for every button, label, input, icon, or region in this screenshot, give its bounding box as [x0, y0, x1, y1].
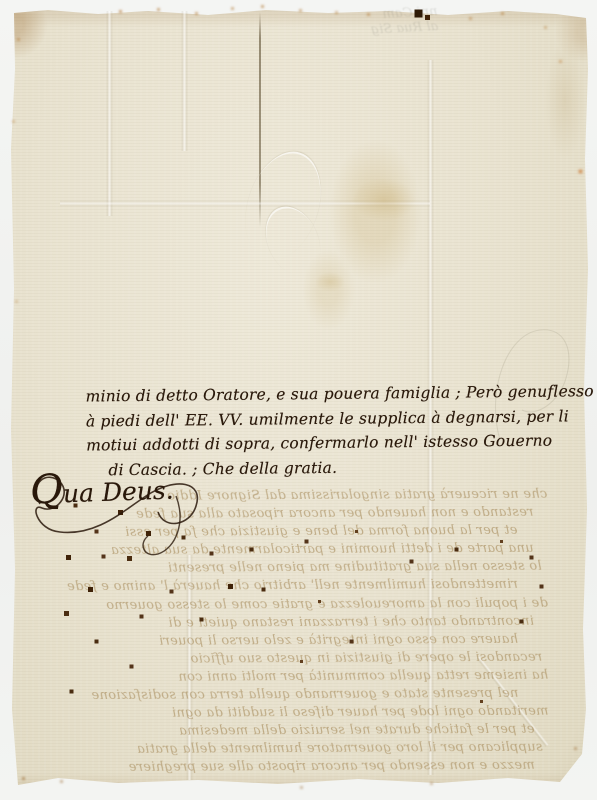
valediction-rest: ua Deus.	[62, 476, 174, 509]
show-through-line: de i populi con la amoreuolezza e gratie…	[46, 594, 548, 615]
scanned-manuscript-page: nni Cam al Rua Sig che ne riceuerà grati…	[0, 0, 597, 800]
valediction-initial: Q	[29, 466, 63, 513]
show-through-line: mezzo e non essendo per ancora riposto a…	[47, 757, 535, 778]
fox-spots	[0, 0, 1, 1]
show-through-line: rimettendosi humilmente nell' arbitrio c…	[46, 576, 518, 597]
valediction: Qua Deus.	[29, 466, 174, 511]
show-through-line: incontrando tanto che i terrazzani resta…	[46, 612, 534, 633]
show-through-line: hauere con esso ogni integrità e zelo ue…	[46, 631, 518, 652]
